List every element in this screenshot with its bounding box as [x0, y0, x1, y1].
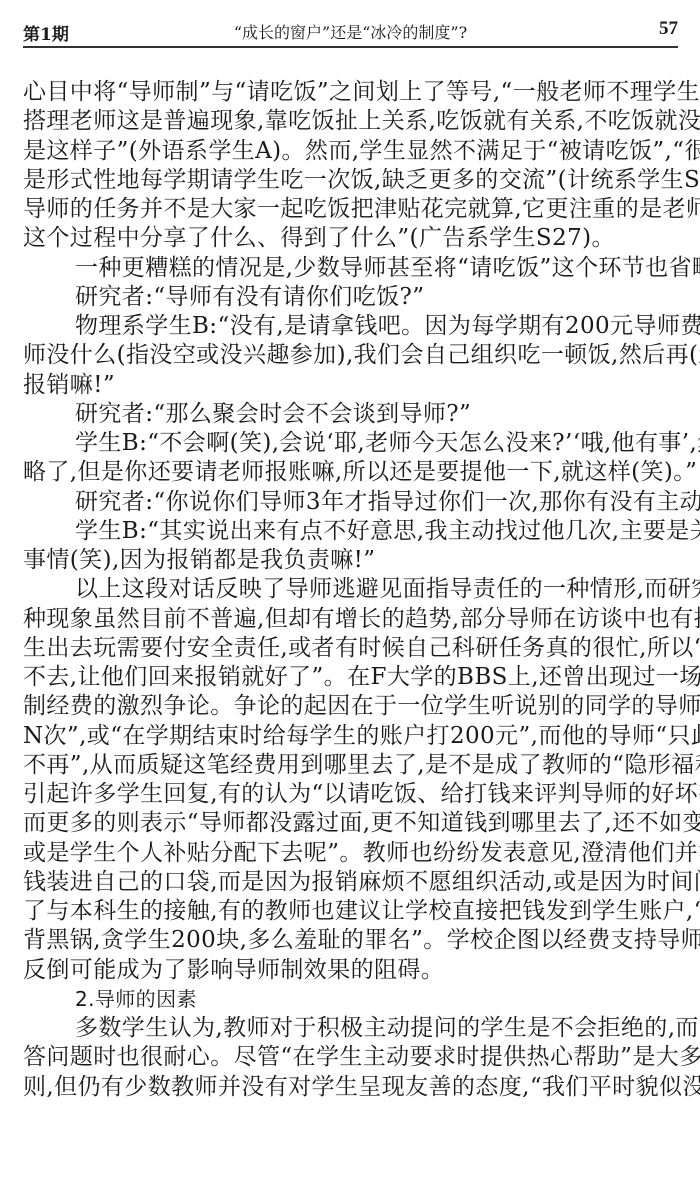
text-line: 导师的任务并不是大家一起吃饭把津贴花完就算,它更注重的是老师和同学在: [23, 195, 679, 224]
page-number: 57: [659, 18, 678, 40]
running-header: 第1期 “成长的窗户”还是“冰冷的制度”? 57: [23, 18, 678, 48]
text-line: 了与本科生的接触,有的教师也建议让学校直接把钱发到学生账户,“省得老师: [23, 897, 679, 926]
text-line: 不去,让他们回来报销就好了”。在F大学的BBS上,还曾出现过一场围绕导师: [23, 663, 679, 692]
article-title: “成长的窗户”还是“冰冷的制度”?: [23, 20, 678, 43]
text-line: 钱装进自己的口袋,而是因为报销麻烦不愿组织活动,或是因为时间问题而减少: [23, 868, 679, 897]
text-line: 研究者:“那么聚会时会不会谈到导师?”: [23, 400, 679, 429]
text-line: 心目中将“导师制”与“请吃饭”之间划上了等号,“一般老师不理学生、学生不爱: [23, 78, 679, 107]
section-heading: 2.导师的因素: [23, 985, 679, 1014]
text-line: 而更多的则表示“导师都没露过面,更不知道钱到哪里去了,还不如变成奖学金: [23, 809, 679, 838]
text-line: 报销嘛!”: [23, 371, 679, 400]
text-line: 是形式性地每学期请学生吃一次饭,缺乏更多的交流”(计统系学生S22),“毕竟: [23, 166, 679, 195]
text-line: N次”,或“在学期结束时给每学生的账户打200元”,而他的导师“只此一次,以后: [23, 722, 679, 751]
text-line: 制经费的激烈争论。争论的起因在于一位学生听说别的同学的导师或“请吃饭: [23, 692, 679, 721]
text-line: 学生B:“其实说出来有点不好意思,我主动找过他几次,主要是关于报销的: [23, 517, 679, 546]
text-line: 物理系学生B:“没有,是请拿钱吧。因为每学期有200元导师费嘛,如果导: [23, 312, 679, 341]
text-line: 答问题时也很耐心。尽管“在学生主动要求时提供热心帮助”是大多数导师的准: [23, 1043, 679, 1072]
text-line: 不再”,从而质疑这笔经费用到哪里去了,是不是成了教师的“隐形福利”。于是: [23, 751, 679, 780]
text-line: 是这样子”(外语系学生A)。然而,学生显然不满足于“被请吃饭”,“很多老师只: [23, 137, 679, 166]
text-line: 研究者:“导师有没有请你们吃饭?”: [23, 283, 679, 312]
text-line: 略了,但是你还要请老师报账嘛,所以还是要提他一下,就这样(笑)。”: [23, 458, 679, 487]
text-line: 事情(笑),因为报销都是我负责嘛!”: [23, 546, 679, 575]
text-line: 生出去玩需要付安全责任,或者有时候自己科研任务真的很忙,所以“能不去就: [23, 634, 679, 663]
text-line: 或是学生个人补贴分配下去呢”。教师也纷纷发表意见,澄清他们并没有把这笔: [23, 839, 679, 868]
text-line: 引起许多学生回复,有的认为“以请吃饭、给打钱来评判导师的好坏有失偏颇”,: [23, 780, 679, 809]
text-line: 背黑锅,贪学生200块,多么羞耻的罪名”。学校企图以经费支持导师制的努力,: [23, 926, 679, 955]
text-line: 多数学生认为,教师对于积极主动提问的学生是不会拒绝的,而且在见面回: [23, 1014, 679, 1043]
text-line: 种现象虽然目前不普遍,但却有增长的趋势,部分导师在访谈中也有提及,带学: [23, 605, 679, 634]
text-line: 反倒可能成为了影响导师制效果的阻碍。: [23, 956, 679, 985]
text-line: 搭理老师这是普遍现象,靠吃饭扯上关系,吃饭就有关系,不吃饭就没有关系,就: [23, 107, 679, 136]
text-line: 研究者:“你说你们导师3年才指导过你们一次,那你有没有主动找过他?”: [23, 488, 679, 517]
text-line: 这个过程中分享了什么、得到了什么”(广告系学生S27)。: [23, 224, 679, 253]
text-line: 以上这段对话反映了导师逃避见面指导责任的一种情形,而研究者发现这: [23, 575, 679, 604]
body-text: 心目中将“导师制”与“请吃饭”之间划上了等号,“一般老师不理学生、学生不爱搭理老…: [23, 78, 679, 1102]
text-line: 师没什么(指没空或没兴趣参加),我们会自己组织吃一顿饭,然后再(边讲边笑): [23, 341, 679, 370]
text-line: 学生B:“不会啊(笑),会说‘耶,老师今天怎么没来?’‘哦,他有事’,然后就省: [23, 429, 679, 458]
text-line: 则,但仍有少数教师并没有对学生呈现友善的态度,“我们平时貌似没什么理由: [23, 1073, 679, 1102]
text-line: 一种更糟糕的情况是,少数导师甚至将“请吃饭”这个环节也省略了。: [23, 254, 679, 283]
